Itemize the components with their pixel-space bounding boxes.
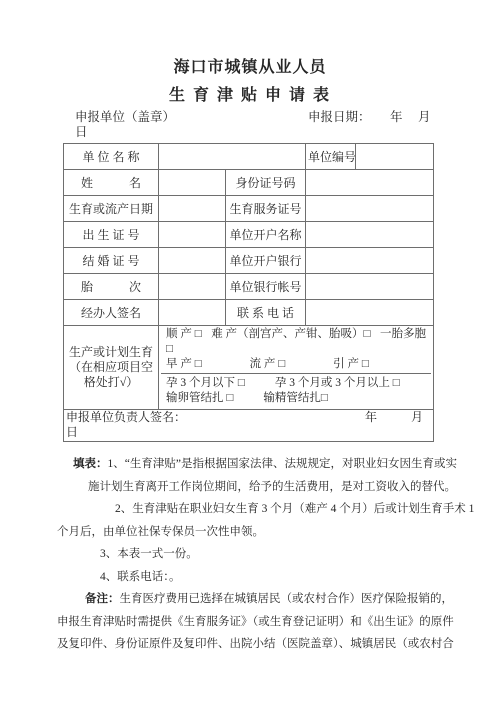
- unit-name-label: 单 位 名 称: [64, 144, 159, 170]
- birth-service-cert-label: 生育服务证号: [226, 196, 306, 222]
- note-line-5: 3、本表一式一份。: [100, 543, 443, 566]
- note-text-6: 4、联系电话：。: [100, 571, 181, 583]
- declare-date-year-label: 年: [390, 110, 403, 125]
- note-text-4: 个月后，由单位社保专保员一次性申领。: [57, 526, 264, 538]
- table-row-parity: 胎 次 单位银行帐号: [64, 274, 434, 300]
- note-line-1: 填表：1、“生育津贴”是指根据国家法律、法规规定，对职业妇女因生育或实: [73, 453, 443, 476]
- table-row-handler: 经办人签名 联 系 电 话: [64, 300, 434, 326]
- delivery-type-label-line1: 生产或计划生育: [66, 345, 156, 360]
- table-row-name: 姓 名 身份证号码: [64, 170, 434, 196]
- form-page: 海口市城镇从业人员 生 育 津 贴 申 请 表 申报单位（盖章） 申报日期： 年…: [0, 0, 500, 708]
- table-row-delivery-type: 生产或计划生育 （在相应项目空 格处打√） 顺 产 □ 难 产（剖宫产、产钳、胎…: [64, 326, 434, 410]
- declare-date-day-label: 日: [75, 125, 88, 139]
- note-line-6: 4、联系电话：。: [100, 566, 443, 589]
- option-pregnancy-3-months-or-more[interactable]: 孕 3 个月或 3 个月以上 □: [275, 376, 400, 391]
- unit-bank-value-cell[interactable]: [306, 248, 434, 274]
- birth-cert-number-value-cell[interactable]: [159, 222, 226, 248]
- note-text-8: 申报生育津贴时需提供《生育服务证》（或生育登记证明）和《出生证》的原件: [57, 616, 454, 628]
- option-natural-delivery[interactable]: 顺 产 □: [166, 327, 202, 342]
- option-induced-abortion[interactable]: 引 产 □: [333, 357, 369, 372]
- unit-bank-label: 单位开户银行: [226, 248, 306, 274]
- delivery-type-label-line3: 格处打√）: [66, 375, 156, 390]
- responsible-person-signature-label: 申报单位负责人签名：: [66, 410, 186, 425]
- note-text-2: 施计划生育离开工作岗位期间，给予的生活费用，是对工资收入的替代。: [88, 481, 456, 493]
- declaring-unit-label: 申报单位（盖章）: [75, 110, 175, 124]
- family-planning-options-group: 孕 3 个月以下 □ 孕 3 个月或 3 个月以上 □ 输卵管结扎 □ 输精管结…: [161, 373, 431, 409]
- delivery-type-label: 生产或计划生育 （在相应项目空 格处打√）: [64, 326, 159, 410]
- handler-signature-label: 经办人签名: [64, 300, 159, 326]
- table-row-marriage-cert: 结 婚 证 号 单位开户银行: [64, 248, 434, 274]
- id-number-value-cell[interactable]: [306, 170, 434, 196]
- unit-number-value-cell[interactable]: [356, 144, 434, 170]
- option-multiple-birth-checkbox[interactable]: □: [166, 342, 173, 357]
- option-premature-delivery[interactable]: 早 产 □: [166, 357, 202, 372]
- option-difficult-delivery[interactable]: 难 产（剖宫产、产钳、胎吸）□: [211, 327, 370, 342]
- delivery-type-options-cell: 顺 产 □ 难 产（剖宫产、产钳、胎吸）□ 一胎多胞 □ 早 产 □ 流 产 □…: [159, 326, 434, 410]
- marriage-cert-number-label: 结 婚 证 号: [64, 248, 159, 274]
- option-vasectomy[interactable]: 输精管结扎□: [263, 391, 327, 406]
- unit-bank-account-label: 单位银行帐号: [226, 274, 306, 300]
- name-value-cell[interactable]: [159, 170, 226, 196]
- note-text-3: 2、生育津贴在职业妇女生育 3 个月（难产 4 个月）后或计划生育手术 1: [115, 503, 474, 515]
- table-row-signature: 申报单位负责人签名： 年 月 日: [64, 410, 434, 442]
- declare-date-label: 申报日期：: [308, 110, 371, 125]
- note-line-9: 及复印件、身份证原件及复印件、出院小结（医院盖章）、城镇居民（或农村合: [57, 633, 443, 656]
- unit-name-value-cell[interactable]: [159, 144, 306, 170]
- declare-date-month-label: 月: [418, 110, 431, 125]
- option-pregnancy-under-3-months[interactable]: 孕 3 个月以下 □: [166, 376, 245, 391]
- note-line-4: 个月后，由单位社保专保员一次性申领。: [57, 521, 443, 544]
- option-miscarriage[interactable]: 流 产 □: [250, 357, 286, 372]
- table-row-unit-name: 单 位 名 称 单位编号: [64, 144, 434, 170]
- delivery-options-group: 顺 产 □ 难 产（剖宫产、产钳、胎吸）□ 一胎多胞 □ 早 产 □ 流 产 □…: [161, 326, 431, 373]
- table-row-birth-date: 生育或流产日期 生育服务证号: [64, 196, 434, 222]
- responsible-person-signature-cell[interactable]: 申报单位负责人签名： 年 月 日: [64, 410, 434, 442]
- note-line-3: 2、生育津贴在职业妇女生育 3 个月（难产 4 个月）后或计划生育手术 1: [115, 498, 443, 521]
- form-title-line2: 生 育 津 贴 申 请 表: [57, 84, 443, 108]
- option-multiple-birth: 一胎多胞: [380, 327, 426, 342]
- unit-account-name-value-cell[interactable]: [306, 222, 434, 248]
- birth-service-cert-value-cell[interactable]: [306, 196, 434, 222]
- signature-month-label: 月: [411, 410, 423, 424]
- note-prefix-remark: 备注：: [85, 593, 120, 605]
- marriage-cert-number-value-cell[interactable]: [159, 248, 226, 274]
- birth-cert-number-label: 出 生 证 号: [64, 222, 159, 248]
- signature-year-label: 年: [365, 410, 377, 424]
- note-text-1: 1、“生育津贴”是指根据国家法律、法规规定，对职业妇女因生育或实: [108, 458, 457, 470]
- form-header-line2: 日: [57, 125, 443, 140]
- note-text-9: 及复印件、身份证原件及复印件、出院小结（医院盖章）、城镇居民（或农村合: [57, 638, 454, 650]
- option-tubal-ligation[interactable]: 输卵管结扎 □: [166, 391, 233, 406]
- birth-or-miscarriage-date-value-cell[interactable]: [159, 196, 226, 222]
- name-label: 姓 名: [64, 170, 159, 196]
- form-notes: 填表：1、“生育津贴”是指根据国家法律、法规规定，对职业妇女因生育或实 施计划生…: [57, 453, 443, 656]
- note-text-7: 生育医疗费用已选择在城镇居民（或农村合作）医疗保险报销的，: [120, 593, 454, 605]
- note-text-5: 3、本表一式一份。: [100, 548, 198, 560]
- id-number-label: 身份证号码: [226, 170, 306, 196]
- parity-label: 胎 次: [64, 274, 159, 300]
- handler-signature-value-cell[interactable]: [159, 300, 226, 326]
- form-header-line: 申报单位（盖章） 申报日期： 年 月: [57, 110, 443, 125]
- note-line-2: 施计划生育离开工作岗位期间，给予的生活费用，是对工资收入的替代。: [88, 476, 443, 499]
- contact-phone-value-cell[interactable]: [306, 300, 434, 326]
- birth-or-miscarriage-date-label: 生育或流产日期: [64, 196, 159, 222]
- unit-account-name-label: 单位开户名称: [226, 222, 306, 248]
- contact-phone-label: 联 系 电 话: [226, 300, 306, 326]
- delivery-type-label-line2: （在相应项目空: [66, 360, 156, 375]
- note-prefix-fill: 填表：: [73, 458, 108, 470]
- signature-day-label: 日: [66, 425, 78, 439]
- note-line-7: 备注：生育医疗费用已选择在城镇居民（或农村合作）医疗保险报销的，: [85, 588, 443, 611]
- note-line-8: 申报生育津贴时需提供《生育服务证》（或生育登记证明）和《出生证》的原件: [57, 611, 443, 634]
- unit-number-label: 单位编号: [306, 144, 356, 170]
- form-title-line1: 海口市城镇从业人员: [57, 56, 443, 80]
- unit-bank-account-value-cell[interactable]: [306, 274, 434, 300]
- application-table: 单 位 名 称 单位编号 姓 名 身份证号码 生育或流产日期 生育服务证号 出 …: [63, 143, 434, 442]
- table-row-birth-cert: 出 生 证 号 单位开户名称: [64, 222, 434, 248]
- parity-value-cell[interactable]: [159, 274, 226, 300]
